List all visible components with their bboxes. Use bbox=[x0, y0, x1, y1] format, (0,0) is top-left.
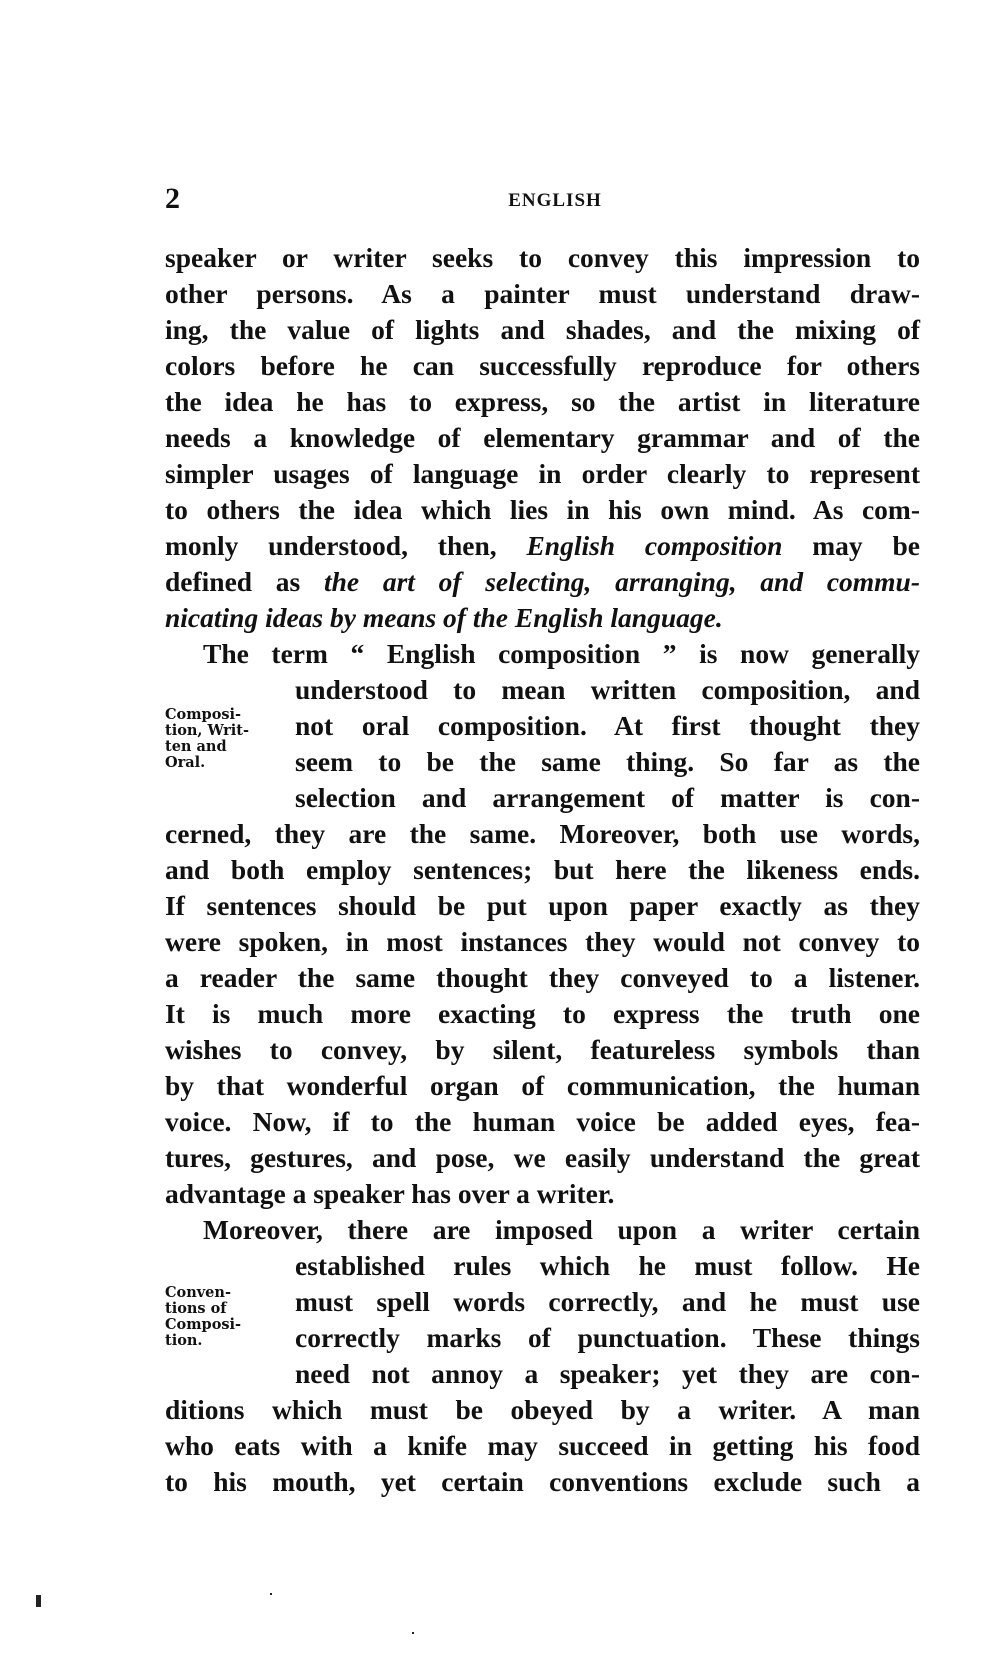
text-line: defined as the art of selecting, arrangi… bbox=[165, 564, 920, 600]
italic-term: English composition bbox=[526, 530, 782, 561]
text-line: wishes to convey, by silent, featureless… bbox=[165, 1032, 920, 1068]
text-line: speaker or writer seeks to convey this i… bbox=[165, 240, 920, 276]
scan-speck bbox=[270, 1593, 272, 1595]
text-line: voice. Now, if to the human voice be add… bbox=[165, 1104, 920, 1140]
text-line: established rules which he must follow. … bbox=[165, 1248, 920, 1284]
italic-definition: the art of selecting, arranging, and com… bbox=[324, 566, 920, 597]
text-run: may be bbox=[782, 530, 920, 561]
text-run: defined as bbox=[165, 566, 324, 597]
text-line: and both employ sentences; but here the … bbox=[165, 852, 920, 888]
running-head: ENGLISH bbox=[0, 190, 1000, 212]
text-line: selection and arrangement of matter is c… bbox=[165, 780, 920, 816]
text-line: were spoken, in most instances they woul… bbox=[165, 924, 920, 960]
body-text: speaker or writer seeks to convey this i… bbox=[165, 240, 920, 1500]
sidenote-line: Conven- bbox=[165, 1285, 241, 1301]
text-line: other persons. As a painter must underst… bbox=[165, 276, 920, 312]
text-line: seem to be the same thing. So far as the bbox=[165, 744, 920, 780]
text-line: by that wonderful organ of communication… bbox=[165, 1068, 920, 1104]
text-line: simpler usages of language in order clea… bbox=[165, 456, 920, 492]
text-line: to others the idea which lies in his own… bbox=[165, 492, 920, 528]
text-line: tures, gestures, and pose, we easily und… bbox=[165, 1140, 920, 1176]
paragraph-start-line: The term “ English composition ” is now … bbox=[165, 636, 920, 672]
sidenote-line: ten and bbox=[165, 739, 249, 755]
text-line: to his mouth, yet certain conventions ex… bbox=[165, 1464, 920, 1500]
text-line: If sentences should be put upon paper ex… bbox=[165, 888, 920, 924]
text-line: ing, the value of lights and shades, and… bbox=[165, 312, 920, 348]
italic-definition: nicating ideas by means of the English l… bbox=[165, 602, 723, 633]
text-line: advantage a speaker has over a writer. bbox=[165, 1176, 920, 1212]
scan-speck bbox=[412, 1632, 414, 1634]
text-line: who eats with a knife may succeed in get… bbox=[165, 1428, 920, 1464]
sidenote-line: tion, Writ- bbox=[165, 723, 249, 739]
text-line: nicating ideas by means of the English l… bbox=[165, 600, 920, 636]
text-line: cerned, they are the same. Moreover, bot… bbox=[165, 816, 920, 852]
text-line: understood to mean written composition, … bbox=[165, 672, 920, 708]
text-line: the idea he has to express, so the artis… bbox=[165, 384, 920, 420]
text-line: needs a knowledge of elementary grammar … bbox=[165, 420, 920, 456]
sidenote-line: Composi- bbox=[165, 707, 249, 723]
text-line: ditions which must be obeyed by a writer… bbox=[165, 1392, 920, 1428]
sidenote-line: tions of bbox=[165, 1301, 241, 1317]
sidenote-line: Oral. bbox=[165, 755, 249, 771]
sidenote-composition-written-oral: Composi- tion, Writ- ten and Oral. bbox=[165, 707, 249, 771]
text-line: not oral composition. At first thought t… bbox=[165, 708, 920, 744]
text-line: a reader the same thought they conveyed … bbox=[165, 960, 920, 996]
text-line: correctly marks of punctuation. These th… bbox=[165, 1320, 920, 1356]
text-run: monly understood, then, bbox=[165, 530, 526, 561]
sidenote-conventions-of-composition: Conven- tions of Composi- tion. bbox=[165, 1285, 241, 1349]
paragraph-start-line: Moreover, there are imposed upon a write… bbox=[165, 1212, 920, 1248]
sidenote-line: tion. bbox=[165, 1333, 241, 1349]
text-line: must spell words correctly, and he must … bbox=[165, 1284, 920, 1320]
text-line: monly understood, then, English composit… bbox=[165, 528, 920, 564]
sidenote-line: Composi- bbox=[165, 1317, 241, 1333]
text-line: colors before he can successfully reprod… bbox=[165, 348, 920, 384]
text-line: need not annoy a speaker; yet they are c… bbox=[165, 1356, 920, 1392]
text-line: It is much more exacting to express the … bbox=[165, 996, 920, 1032]
scan-speck bbox=[36, 1595, 41, 1607]
